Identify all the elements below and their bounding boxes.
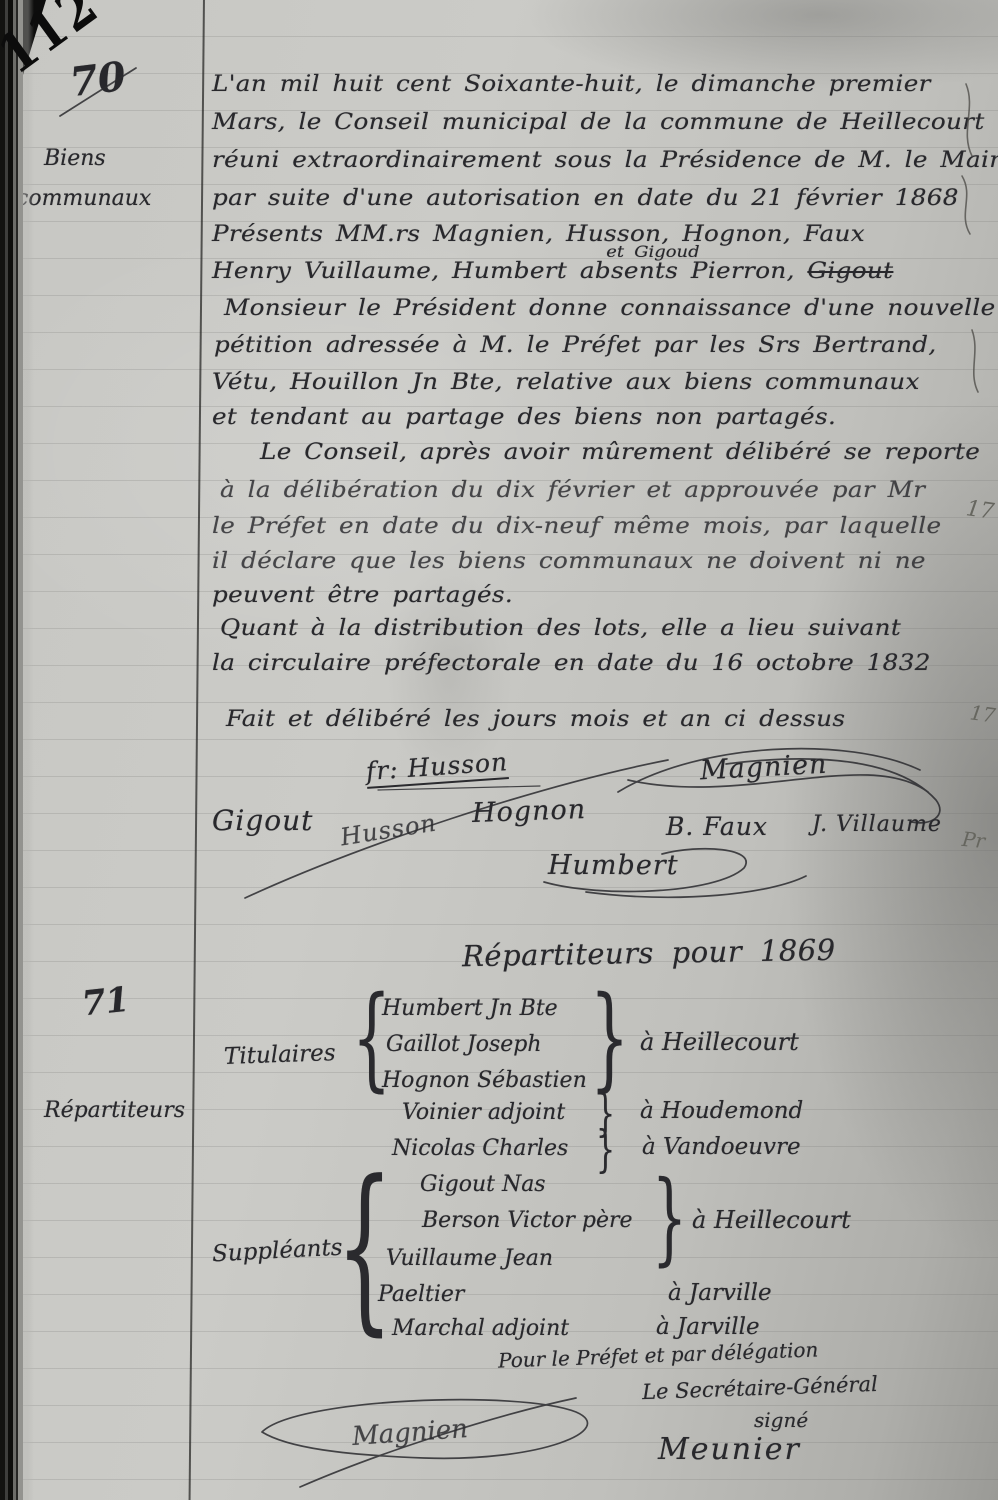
titulaire-other-name: Voinier adjoint (402, 1100, 565, 1125)
closing-formula-line: Fait et délibéré les jours mois et an ci… (226, 707, 845, 732)
margin-note-repartiteurs: Répartiteurs (44, 1098, 185, 1123)
body-line: Monsieur le Président donne connaissance… (224, 296, 995, 321)
titulaires-close-brace: } (590, 982, 629, 1094)
secretary-title-line: Le Secrétaire-Général (642, 1372, 878, 1404)
titulaire-other-name: Nicolas Charles (392, 1136, 568, 1161)
suppleant-other-name: Paeltier (378, 1282, 464, 1307)
suppleant-other-place: à Jarville (668, 1280, 772, 1306)
signature-gigout: Gigout (212, 804, 313, 837)
body-line-with-insertion: Henry Vuillaume, Humbert et Gigoud absen… (212, 259, 998, 284)
line6-middle: absents Pierron, (580, 259, 795, 284)
margin-note-biens: Biens (44, 146, 106, 171)
signature-humbert: Humbert (548, 850, 679, 881)
body-line: par suite d'une autorisation en date du … (212, 186, 959, 211)
register-page-scan: 112 70 Biens communaux L'an mil huit cen… (0, 0, 998, 1500)
entry-70-number: 70 (67, 53, 128, 106)
suppleant-name: Gigout Nas (420, 1172, 546, 1197)
gutter-fragment: Pr (961, 827, 986, 853)
suppleant-other-name: Marchal adjoint (392, 1316, 569, 1341)
body-line: pétition adressée à M. le Préfet par les… (214, 333, 937, 358)
body-line: réuni extraordinairement sous la Préside… (212, 148, 998, 173)
body-line: peuvent être partagés. (212, 583, 513, 608)
signature-magnien: Magnien (699, 749, 828, 787)
body-line: le Préfet en date du dix-neuf même mois,… (212, 514, 941, 539)
signature-husson-2: Husson (338, 809, 438, 852)
signature-meunier: Meunier (658, 1432, 801, 1467)
titulaire-other-place: à Vandoeuvre (642, 1134, 801, 1160)
line6-interline-insertion: et Gigoud (606, 242, 699, 261)
signature-bfaux: B. Faux (666, 812, 768, 841)
repartiteurs-heading: Répartiteurs pour 1869 (462, 933, 836, 974)
titulaire-other-place: à Houdemond (640, 1098, 803, 1124)
suppleants-place: à Heillecourt (692, 1206, 851, 1234)
titulaire-name: Hognon Sébastien (382, 1068, 587, 1093)
signed-label: signé (754, 1408, 808, 1432)
suppleant-name: Vuillaume Jean (386, 1246, 553, 1271)
line6-prefix: Henry Vuillaume, Humbert (212, 259, 567, 284)
suppleants-close-brace: } (652, 1168, 687, 1268)
suppleants-label: Suppléants (211, 1235, 343, 1268)
suppleant-other-place: à Jarville (656, 1314, 760, 1340)
small-close-brace: } (596, 1124, 615, 1174)
gutter-fragment: 17 (964, 496, 995, 525)
signature-magnien-bottom: Magnien (351, 1414, 469, 1452)
body-line: à la délibération du dix février et appr… (220, 478, 925, 503)
line6-struck-name: Gigout (807, 259, 893, 284)
body-line: Quant à la distribution des lots, elle a… (220, 616, 901, 641)
titulaires-place: à Heillecourt (640, 1028, 799, 1056)
body-line: la circulaire préfectorale en date du 16… (212, 651, 931, 676)
body-line: Le Conseil, après avoir mûrement délibér… (260, 440, 980, 465)
margin-rule-line (189, 0, 205, 1500)
signature-villaume: J. Villaume (812, 812, 942, 837)
titulaire-name: Gaillot Joseph (386, 1032, 542, 1057)
page-gutter-shadow (926, 0, 998, 1500)
titulaire-name: Humbert Jn Bte (382, 996, 558, 1021)
titulaires-label: Titulaires (224, 1040, 336, 1070)
body-line: L'an mil huit cent Soixante-huit, le dim… (212, 72, 931, 97)
margin-note-communaux: communaux (16, 186, 151, 211)
body-line: Vétu, Houillon Jn Bte, relative aux bien… (212, 370, 920, 395)
body-line: Mars, le Conseil municipal de la commune… (212, 110, 985, 135)
entry-71-number: 71 (80, 980, 131, 1025)
body-line: et tendant au partage des biens non part… (212, 405, 836, 430)
body-line: Présents MM.rs Magnien, Husson, Hognon, … (212, 222, 865, 247)
signature-husson: fr: Husson (365, 747, 509, 789)
signature-hognon: Hognon (471, 794, 586, 829)
body-line: il déclare que les biens communaux ne do… (212, 549, 926, 574)
suppleant-name: Berson Victor père (422, 1208, 633, 1233)
delegation-line: Pour le Préfet et par délégation (498, 1337, 819, 1372)
book-binding-edge (0, 0, 34, 1500)
gutter-fragment: 17 (968, 700, 997, 727)
suppleants-open-brace: { (336, 1158, 393, 1338)
